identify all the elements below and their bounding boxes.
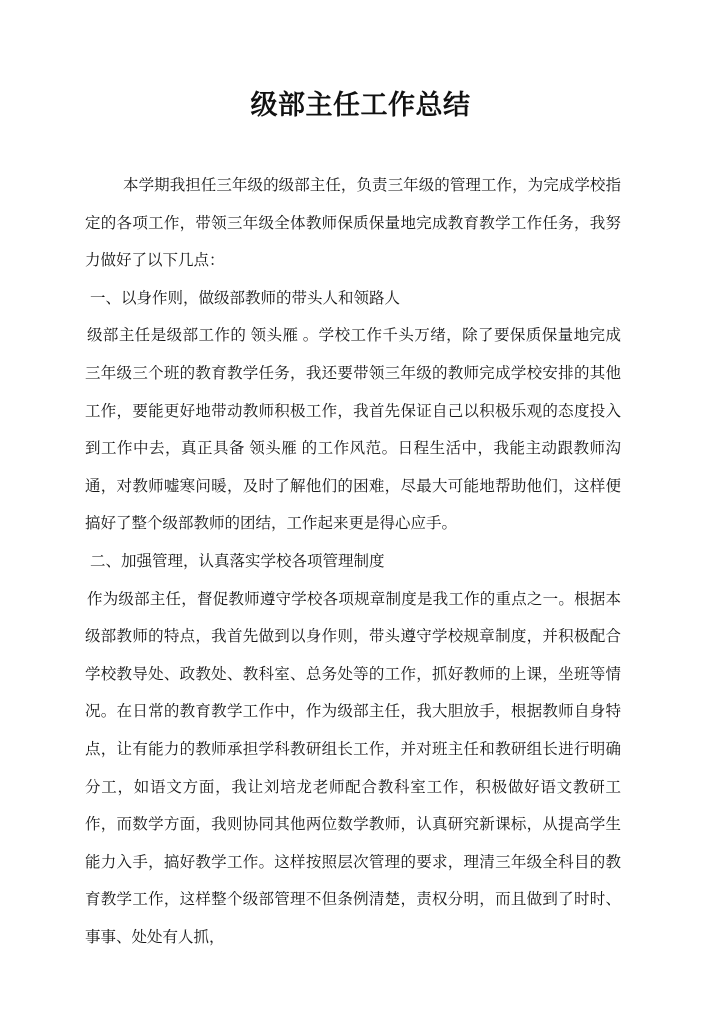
paragraph: 级部主任是级部工作的 领头雁 。学校工作千头万绪，除了要保质保量地完成三年级三个…: [85, 317, 621, 543]
document-page: 级部主任工作总结 本学期我担任三年级的级部主任，负责三年级的管理工作，为完成学校…: [0, 0, 721, 1020]
section-heading: 二、加强管理，认真落实学校各项管理制度: [85, 543, 621, 581]
paragraph: 作为级部主任，督促教师遵守学校各项规章制度是我工作的重点之一。根据本级部教师的特…: [85, 581, 621, 957]
paragraph: 本学期我担任三年级的级部主任，负责三年级的管理工作，为完成学校指定的各项工作，带…: [85, 167, 621, 280]
document-title: 级部主任工作总结: [0, 0, 721, 122]
document-body: 本学期我担任三年级的级部主任，负责三年级的管理工作，为完成学校指定的各项工作，带…: [85, 167, 621, 956]
section-heading: 一、以身作则，做级部教师的带头人和领路人: [85, 280, 621, 318]
